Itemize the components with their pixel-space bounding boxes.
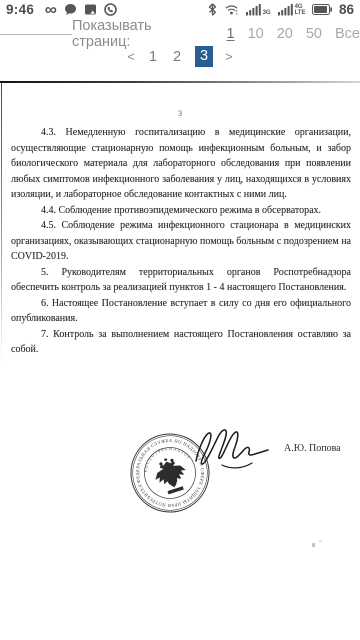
per-page-selector: Показывать страниц: 1 10 20 50 Все bbox=[0, 24, 360, 44]
photo-icon bbox=[84, 3, 97, 16]
double-headed-eagle-emblem bbox=[150, 454, 191, 497]
per-page-option-20[interactable]: 20 bbox=[277, 26, 293, 42]
paragraph-4-5: 4.5. Соблюдение режима инфекционного ста… bbox=[11, 218, 351, 265]
scan-artifact bbox=[319, 540, 322, 542]
next-page-button[interactable]: > bbox=[225, 49, 233, 64]
battery-icon bbox=[312, 4, 332, 15]
wifi-icon bbox=[224, 3, 239, 16]
whatsapp-call-icon bbox=[104, 3, 117, 16]
chat-bubble-icon bbox=[64, 3, 77, 16]
scan-artifact bbox=[312, 543, 315, 547]
document-page: 3 4.3. Немедленную госпитализацию в меди… bbox=[0, 81, 360, 640]
paragraph-4-4: 4.4. Соблюдение противоэпидемического ре… bbox=[11, 203, 351, 219]
per-page-option-50[interactable]: 50 bbox=[306, 26, 322, 42]
screen: 9:46 ∞ bbox=[0, 0, 360, 640]
infinity-icon: ∞ bbox=[45, 4, 57, 16]
status-bar: 9:46 ∞ bbox=[0, 0, 360, 19]
page-scan-top-edge bbox=[0, 81, 360, 83]
network-type-3g: 3G bbox=[263, 10, 271, 16]
clock: 9:46 bbox=[6, 2, 34, 17]
network-type-lte: LTE bbox=[295, 10, 306, 16]
signature-block: ФЕДЕРАЛЬНАЯ СЛУЖБА ПО НАДЗОРУ В СФЕРЕ ЗА… bbox=[0, 411, 360, 611]
per-page-option-all[interactable]: Все bbox=[335, 26, 360, 42]
page-button-1[interactable]: 1 bbox=[147, 49, 159, 65]
signatory-name: А.Ю. Попова bbox=[284, 443, 341, 454]
page-button-3-current[interactable]: 3 bbox=[195, 46, 213, 67]
document-page-number: 3 bbox=[0, 108, 360, 118]
divider-line bbox=[0, 34, 72, 35]
paragraph-7: 7. Контроль за выполнением настоящего По… bbox=[11, 327, 351, 358]
signal-bars-4g-lte-icon: 4G LTE bbox=[278, 3, 306, 16]
per-page-option-10[interactable]: 10 bbox=[248, 26, 264, 42]
paragraph-5: 5. Руководителям территориальных органов… bbox=[11, 265, 351, 296]
page-navigation: < 1 2 3 > bbox=[0, 45, 360, 68]
document-text: 4.3. Немедленную госпитализацию в медици… bbox=[11, 125, 351, 358]
paragraph-4-3: 4.3. Немедленную госпитализацию в медици… bbox=[11, 125, 351, 203]
handwritten-signature bbox=[192, 421, 274, 473]
paragraph-6: 6. Настоящее Постановление вступает в си… bbox=[11, 296, 351, 327]
battery-percent: 86 bbox=[339, 2, 354, 17]
signal-bars-3g-icon: 3G bbox=[246, 3, 271, 16]
page-button-2[interactable]: 2 bbox=[171, 49, 183, 65]
prev-page-button[interactable]: < bbox=[127, 49, 135, 64]
page-scan-left-edge bbox=[1, 83, 2, 363]
bluetooth-icon bbox=[208, 3, 217, 16]
per-page-option-1[interactable]: 1 bbox=[227, 26, 235, 42]
